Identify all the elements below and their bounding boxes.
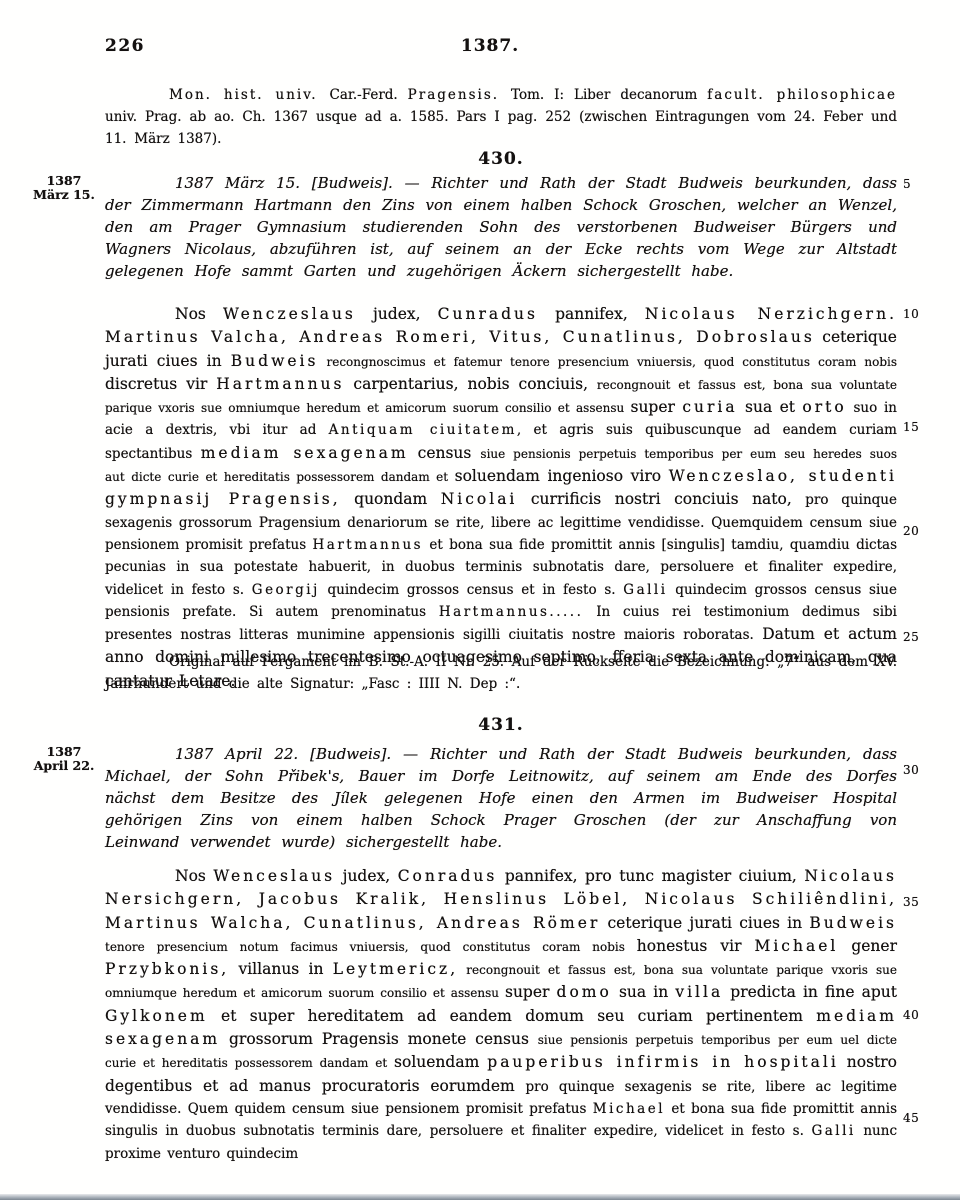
text-segment: sua et <box>738 398 803 416</box>
text-segment: Conradus <box>398 867 498 885</box>
text-segment: curia <box>682 398 737 416</box>
text-segment: super <box>631 398 683 416</box>
text-segment: soluendam <box>394 1053 487 1071</box>
text-segment: Leytmericz, <box>333 960 458 978</box>
line-number: 30 <box>903 763 919 777</box>
text-segment: Galli <box>623 582 667 598</box>
line-number-column: 51015202530354045 <box>903 0 943 1200</box>
text-segment: et super hereditatem ad eandem domum seu… <box>208 1007 817 1025</box>
text-segment: honestus vir <box>637 937 755 955</box>
entry-431-number: 431. <box>105 715 897 735</box>
text-segment: Nos <box>175 305 223 323</box>
text-segment: mediam sexagenam <box>201 444 409 462</box>
entry-430-margin-note: 1387 März 15. <box>18 174 110 202</box>
entry-430-summary: 1387 März 15. [Budweis]. — Richter und R… <box>105 172 897 282</box>
text-segment: Gylkonem <box>105 1007 208 1025</box>
text-segment: villanus in <box>229 960 332 978</box>
text-segment: gener <box>838 937 897 955</box>
text-segment: Budweis <box>231 352 319 370</box>
line-number: 35 <box>903 895 919 909</box>
text-segment: Przybkonis, <box>105 960 229 978</box>
text-segment: orto <box>802 398 846 416</box>
text-segment: Hartmannus..... <box>439 604 584 620</box>
entry-431-summary: 1387 April 22. [Budweis]. — Richter und … <box>105 743 897 853</box>
text-segment: soluendam ingenioso viro <box>455 467 669 485</box>
line-number: 5 <box>903 177 911 191</box>
line-number: 40 <box>903 1008 919 1022</box>
scan-bottom-edge <box>0 1194 960 1200</box>
text-segment: Michael <box>593 1101 665 1117</box>
source-header: Mon. hist. univ. Car.-Ferd. Pragensis. T… <box>105 84 897 150</box>
margin-note-year: 1387 <box>18 745 110 759</box>
text-segment: domo <box>557 983 612 1001</box>
line-number: 10 <box>903 307 919 321</box>
entry-430-latin-text: Nos Wenczeslaus judex, Cunradus pannifex… <box>105 303 897 693</box>
margin-note-year: 1387 <box>18 174 110 188</box>
text-segment: tenore presencium notum facimus vniuersi… <box>105 940 637 954</box>
line-number: 25 <box>903 630 919 644</box>
text-segment: judex, <box>356 305 438 323</box>
text-segment: facult. philosophicae <box>707 87 897 103</box>
text-segment: Galli <box>811 1123 855 1139</box>
text-segment: Michael <box>754 937 838 955</box>
entry-431-margin-note: 1387 April 22. <box>18 745 110 773</box>
line-number: 45 <box>903 1111 919 1125</box>
entry-431-latin-text: Nos Wenceslaus judex, Conradus pannifex,… <box>105 865 897 1165</box>
text-segment: Budweis <box>809 914 897 932</box>
year-running-head: 1387. <box>105 36 875 56</box>
line-number: 15 <box>903 420 919 434</box>
text-segment: Pragensis. <box>408 87 511 103</box>
text-segment: census <box>409 444 481 462</box>
text-segment: pannifex, <box>538 305 645 323</box>
text-segment: pannifex, pro tunc magister ciuium, <box>497 867 804 885</box>
text-segment: Hartmannus <box>313 537 424 553</box>
text-segment: carpentarius, nobis conciuis, <box>345 375 597 393</box>
text-segment: Nicolai <box>441 490 518 508</box>
text-segment: predicta in fine aput <box>723 983 897 1001</box>
entry-430-source-note: Original auf Pergament im B. St.-A. II N… <box>105 652 897 695</box>
text-segment: super <box>505 983 557 1001</box>
text-segment: Mon. hist. univ. <box>169 87 330 103</box>
entry-430-number: 430. <box>105 149 897 169</box>
line-number: 20 <box>903 524 919 538</box>
text-segment: sua in <box>612 983 675 1001</box>
text-segment: Cunradus <box>438 305 538 323</box>
text-segment: Antiquam ciuitatem <box>329 422 517 438</box>
text-segment: quindecim grossos census et in festo s. <box>320 582 624 598</box>
text-segment: ceterique jurati ciues in <box>600 914 809 932</box>
book-page: 226 1387. Mon. hist. univ. Car.-Ferd. Pr… <box>0 0 960 1200</box>
margin-note-date: März 15. <box>18 188 110 202</box>
text-segment: Wenceslaus <box>213 867 335 885</box>
text-segment: pauperibus infirmis in hospitali <box>487 1053 839 1071</box>
text-segment: recongnoscimus et fatemur tenore presenc… <box>318 355 897 369</box>
text-segment: judex, <box>335 867 398 885</box>
text-segment: villa <box>675 983 723 1001</box>
margin-note-date: April 22. <box>18 759 110 773</box>
text-segment: grossorum Pragensis monete census <box>220 1030 538 1048</box>
text-segment: Georgij <box>252 582 320 598</box>
text-segment: currificis nostri conciuis nato, <box>517 490 805 508</box>
text-segment: quondam <box>341 490 441 508</box>
text-segment: Wenczeslaus <box>223 305 356 323</box>
text-segment: univ. Prag. ab ao. Ch. 1367 usque ad a. … <box>105 109 897 147</box>
text-segment: Nos <box>175 867 213 885</box>
text-segment: Car.-Ferd. <box>330 87 408 103</box>
text-segment: discretus vir <box>105 375 216 393</box>
text-segment: Tom. I: Liber decanorum <box>511 87 707 103</box>
text-segment: Hartmannus <box>216 375 344 393</box>
running-head: 226 1387. <box>105 36 897 60</box>
